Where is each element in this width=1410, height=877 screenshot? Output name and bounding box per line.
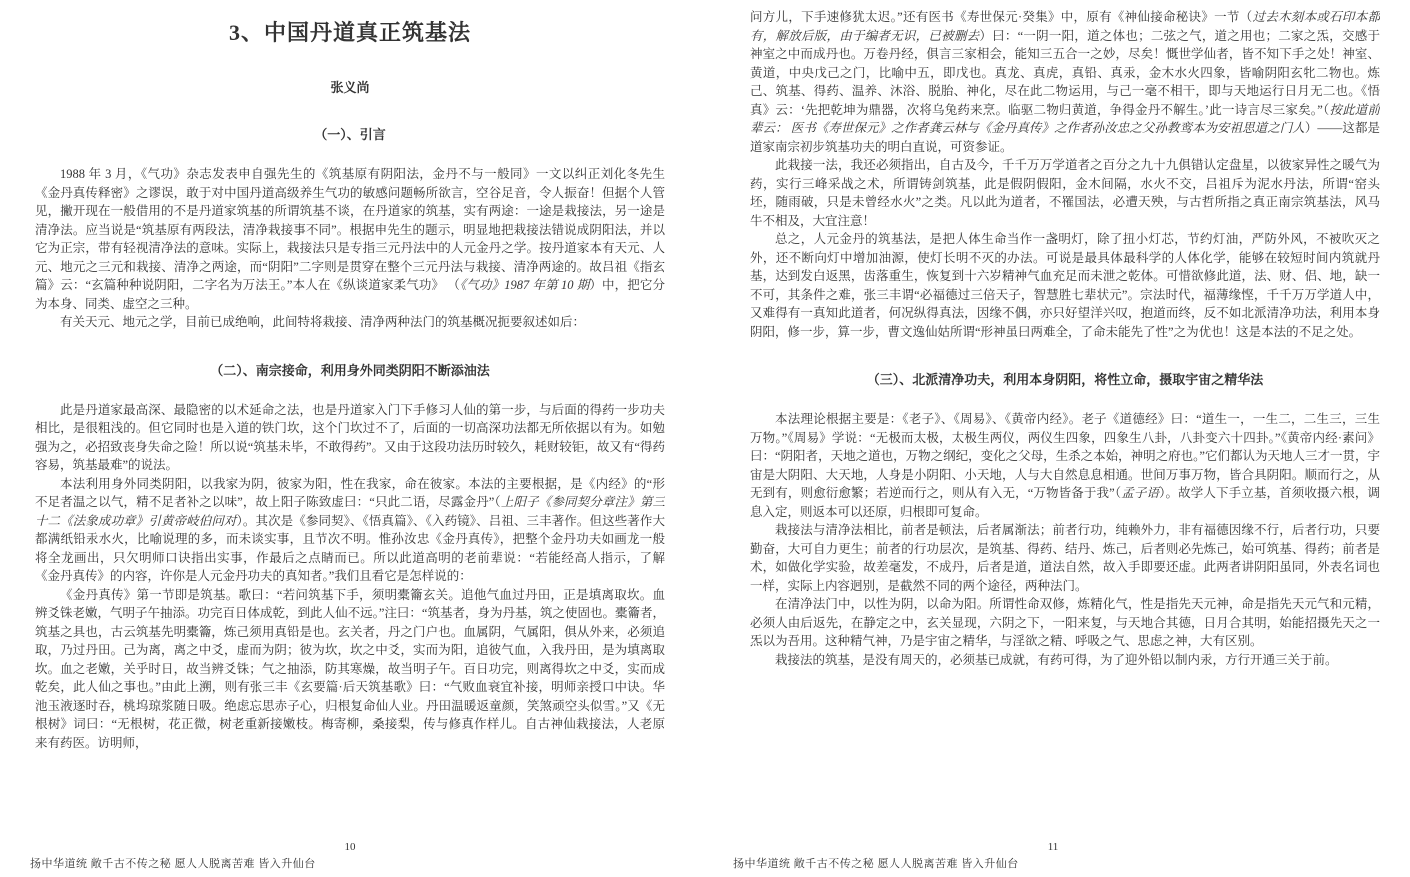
page-right: 问方儿，下手速修犹太迟。”还有医书《寿世保元·癸集》中，原有《神仙接命秘诀》一节… (705, 0, 1410, 877)
page-content: 问方儿，下手速修犹太迟。”还有医书《寿世保元·癸集》中，原有《神仙接命秘诀》一节… (750, 0, 1380, 833)
text-run: 有关天元、地元之学，目前已成绝响，此间特将栽接、清净两种法门的筑基概况扼要叙述如… (60, 315, 585, 329)
paragraph: 本法理论根据主要是：《老子》、《周易》、《黄帝内经》。老子《道德经》曰：“道生一… (750, 410, 1380, 521)
document-view: 3、中国丹道真正筑基法张义尚（一）、引言1988 年 3 月，《气功》杂志发表申… (0, 0, 1410, 877)
text-run: 在清净法门中，以性为阴，以命为阳。所谓性命双修，炼精化气，性是指先天元神，命是指… (750, 597, 1380, 648)
text-run: 张义尚 (330, 80, 369, 95)
text-run: 问方儿，下手速修犹太迟。”还有医书《寿世保元·癸集》中，原有《神仙接命秘诀》一节… (750, 10, 1252, 24)
text-run: 总之，人元金丹的筑基法，是把人体生命当作一盏明灯，除了扭小灯芯，节约灯油，严防外… (750, 232, 1380, 339)
text-run: （二）、南宗接命，利用身外同类阴阳不断添油法 (210, 363, 490, 378)
paragraph: 本法利用身外同类阴阳，以我家为阴，彼家为阳，性在我家，命在彼家。本法的主要根据，… (35, 475, 665, 586)
page-footer: 10 扬中华道统 敞千古不传之秘 愿人人脱离苦难 皆入升仙台 (30, 841, 670, 871)
footer-motto: 扬中华道统 敞千古不传之秘 愿人人脱离苦难 皆入升仙台 (733, 855, 1373, 871)
text-run: 栽接法的筑基，是没有周天的，必须基已成就，有药可得，为了迎外铅以制内汞，方行开通… (775, 653, 1338, 667)
paragraph: 栽接法与清净法相比，前者是顿法，后者属渐法；前者行功，纯赖外力，非有福德因缘不行… (750, 521, 1380, 595)
paragraph: 《金丹真传》第一节即是筑基。歌曰：“若问筑基下手，须明橐籥玄关。追他气血过丹田，… (35, 586, 665, 753)
paragraph: 栽接法的筑基，是没有周天的，必须基已成就，有药可得，为了迎外铅以制内汞，方行开通… (750, 651, 1380, 670)
paragraph: 有关天元、地元之学，目前已成绝响，此间特将栽接、清净两种法门的筑基概况扼要叙述如… (35, 313, 665, 332)
page-left: 3、中国丹道真正筑基法张义尚（一）、引言1988 年 3 月，《气功》杂志发表申… (0, 0, 705, 877)
document-title: 3、中国丹道真正筑基法 (35, 16, 665, 47)
paragraph: 此栽接一法，我还必须指出，自古及今，千千万万学道者之百分之九十九俱错认定盘星，以… (750, 156, 1380, 230)
paragraph: 在清净法门中，以性为阴，以命为阳。所谓性命双修，炼精化气，性是指先天元神，命是指… (750, 595, 1380, 651)
paragraph: 问方儿，下手速修犹太迟。”还有医书《寿世保元·癸集》中，原有《神仙接命秘诀》一节… (750, 8, 1380, 156)
page-number: 10 (30, 841, 670, 853)
page-content: 3、中国丹道真正筑基法张义尚（一）、引言1988 年 3 月，《气功》杂志发表申… (35, 0, 665, 833)
text-run: 1988 年 3 月，《气功》杂志发表申自强先生的《筑基原有阴阳法，金丹不与一般… (35, 167, 665, 292)
paragraph: 此是丹道家最高深、最隐密的以术延命之法，也是丹道家入门下手修习人仙的第一步，与后… (35, 401, 665, 475)
italic-note: 《气功》1987 年第 10 期 (460, 278, 589, 292)
page-footer: 11 扬中华道统 敞千古不传之秘 愿人人脱离苦难 皆入升仙台 (733, 841, 1373, 871)
text-run: 3、中国丹道真正筑基法 (229, 20, 471, 45)
paragraph: 1988 年 3 月，《气功》杂志发表申自强先生的《筑基原有阴阳法，金丹不与一般… (35, 165, 665, 313)
text-run: （一）、引言 (314, 127, 386, 142)
section-heading: （一）、引言 (35, 124, 665, 143)
section-heading: （三）、北派清净功夫，利用本身阴阳，将性立命，摄取宇宙之精华法 (750, 369, 1380, 388)
paragraph: 总之，人元金丹的筑基法，是把人体生命当作一盏明灯，除了扭小灯芯，节约灯油，严防外… (750, 230, 1380, 341)
author-name: 张义尚 (35, 77, 665, 96)
text-run: 《金丹真传》第一节即是筑基。歌曰：“若问筑基下手，须明橐籥玄关。追他气血过丹田，… (35, 588, 665, 750)
page-number: 11 (733, 841, 1373, 853)
text-run: 此栽接一法，我还必须指出，自古及今，千千万万学道者之百分之九十九俱错认定盘星，以… (750, 158, 1380, 228)
text-run: 此是丹道家最高深、最隐密的以术延命之法，也是丹道家入门下手修习人仙的第一步，与后… (35, 403, 665, 473)
text-run: （三）、北派清净功夫，利用本身阴阳，将性立命，摄取宇宙之精华法 (867, 372, 1264, 387)
section-heading: （二）、南宗接命，利用身外同类阴阳不断添油法 (35, 360, 665, 379)
italic-note: 孟子语 (1121, 486, 1159, 500)
text-run: 栽接法与清净法相比，前者是顿法，后者属渐法；前者行功，纯赖外力，非有福德因缘不行… (750, 523, 1380, 593)
footer-motto: 扬中华道统 敞千古不传之秘 愿人人脱离苦难 皆入升仙台 (30, 855, 670, 871)
